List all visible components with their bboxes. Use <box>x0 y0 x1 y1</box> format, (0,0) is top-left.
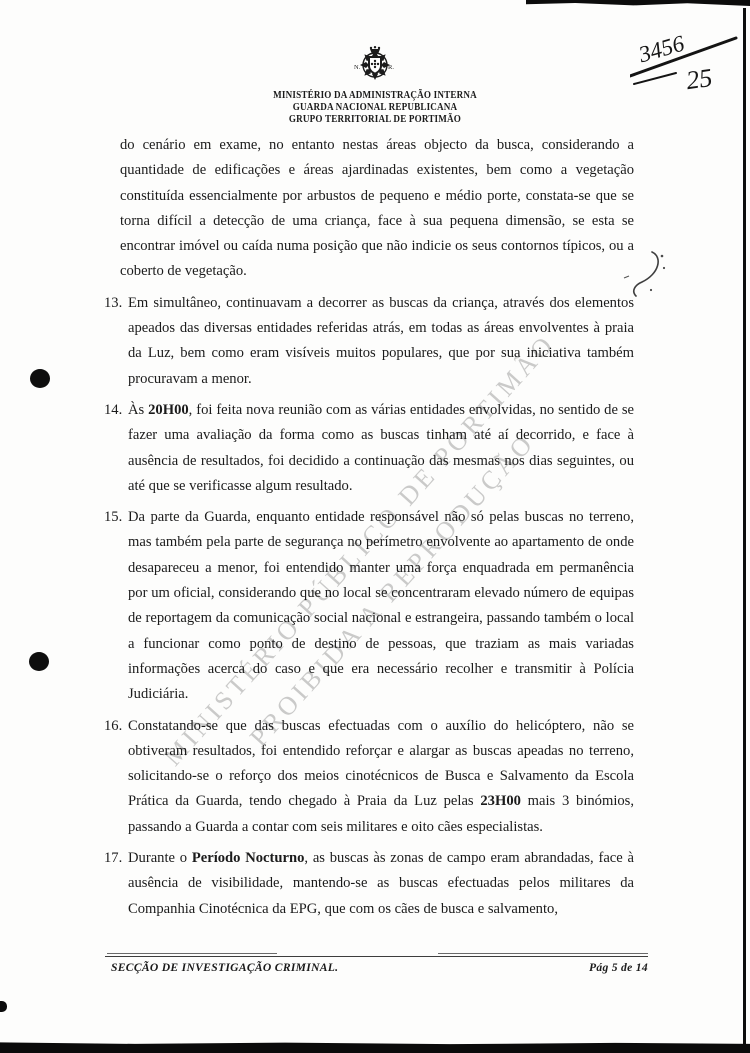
paragraph: 17.Durante o Período Nocturno, as buscas… <box>104 846 634 922</box>
paragraph: 13.Em simultâneo, continuavam a decorrer… <box>104 291 634 392</box>
emblem-left-letter: N. <box>354 64 361 71</box>
bold-text-run: Período Nocturno <box>192 850 305 866</box>
body-paragraphs: do cenário em exame, no entanto nestas á… <box>104 133 634 928</box>
text-run: Em simultâneo, continuavam a decorrer as… <box>128 295 634 387</box>
footer-section-label: SECÇÃO DE INVESTIGAÇÃO CRIMINAL. <box>105 961 338 974</box>
paragraph: 16.Constatando-se que das buscas efectua… <box>104 714 634 840</box>
text-run: Às <box>128 402 148 418</box>
scanned-document-page: 3456 25 <box>0 0 750 1053</box>
paragraph: 15.Da parte da Guarda, enquanto entidade… <box>104 505 634 707</box>
bold-text-run: 20H00 <box>148 402 189 418</box>
gnr-emblem: N. R. <box>0 44 750 90</box>
scan-edge-right-mark <box>743 8 746 1053</box>
ministry-name: MINISTÉRIO DA ADMINISTRAÇÃO INTERNA <box>53 90 698 102</box>
text-run: do cenário em exame, no entanto nestas á… <box>120 137 634 279</box>
paragraph-number: 15. <box>104 505 122 530</box>
text-run: Durante o <box>128 850 192 866</box>
paragraph-number: 17. <box>104 846 122 871</box>
text-run: Da parte da Guarda, enquanto entidade re… <box>128 509 634 702</box>
paragraph-number: 16. <box>104 714 122 739</box>
footer-rule <box>105 956 648 957</box>
paragraph-number: 14. <box>104 398 122 423</box>
gnr-coat-of-arms-icon: N. R. <box>353 44 397 88</box>
scan-edge-bottom-mark <box>0 1040 750 1053</box>
scan-edge-left-nub <box>0 1001 7 1012</box>
letterhead: N. R. MINISTÉRIO DA ADMINISTRAÇÃO INTERN… <box>0 44 750 127</box>
footer-page-indicator: Pág 5 de 14 <box>589 961 648 974</box>
page-footer: SECÇÃO DE INVESTIGAÇÃO CRIMINAL. Pág 5 d… <box>105 956 648 974</box>
hole-punch-top <box>30 369 50 388</box>
scan-edge-top-mark <box>526 0 750 6</box>
bold-text-run: 23H00 <box>480 793 521 809</box>
paragraph-number: 13. <box>104 291 122 316</box>
text-run: , foi feita nova reunião com as várias e… <box>128 402 634 494</box>
guard-name: GUARDA NACIONAL REPUBLICANA <box>53 102 698 114</box>
paragraph: do cenário em exame, no entanto nestas á… <box>104 133 634 285</box>
territorial-group-name: GRUPO TERRITORIAL DE PORTIMÃO <box>53 114 698 126</box>
paragraph: 14.Às 20H00, foi feita nova reunião com … <box>104 398 634 499</box>
emblem-right-letter: R. <box>388 64 394 71</box>
hole-punch-bottom <box>29 652 49 671</box>
